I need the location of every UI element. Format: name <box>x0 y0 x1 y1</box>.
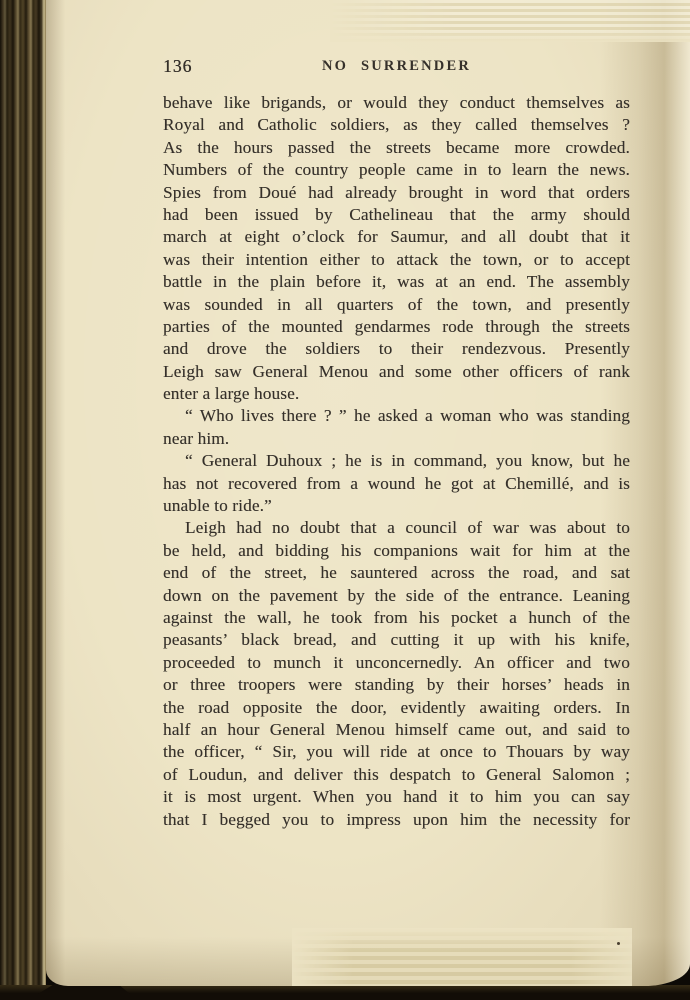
book-binding-edge <box>0 0 46 1000</box>
text-line: was their intention either to attack the… <box>163 249 630 271</box>
text-line: Royal and Catholic soldiers, as they cal… <box>163 114 630 136</box>
page-edges-bottom <box>292 928 632 986</box>
book-page: 136 NO SURRENDER behave like brigands, o… <box>46 0 690 986</box>
book-scan: 136 NO SURRENDER behave like brigands, o… <box>0 0 690 1000</box>
text-line: was sounded in all quarters of the town,… <box>163 294 630 316</box>
text-line: the officer, “ Sir, you will ride at onc… <box>163 741 630 763</box>
text-block: behave like brigands, or would they cond… <box>163 92 630 831</box>
text-line: against the wall, he took from his pocke… <box>163 607 630 629</box>
text-line: down on the pavement by the side of the … <box>163 585 630 607</box>
text-line: march at eight o’clock for Saumur, and a… <box>163 226 630 248</box>
text-line: As the hours passed the streets became m… <box>163 137 630 159</box>
text-line: Spies from Doué had already brought in w… <box>163 182 630 204</box>
text-line: it is most urgent. When you hand it to h… <box>163 786 630 808</box>
text-line: proceeded to munch it unconcernedly. An … <box>163 652 630 674</box>
text-line: end of the street, he sauntered across t… <box>163 562 630 584</box>
page-edges-top <box>330 0 690 42</box>
text-line: Leigh had no doubt that a council of war… <box>163 517 630 539</box>
paper-speck <box>617 942 620 945</box>
text-line: near him. <box>163 428 630 450</box>
text-line: parties of the mounted gendarmes rode th… <box>163 316 630 338</box>
running-header: NO SURRENDER <box>163 58 630 75</box>
text-line: “ General Duhoux ; he is in command, you… <box>163 450 630 472</box>
text-line: that I begged you to impress upon him th… <box>163 809 630 831</box>
text-line: “ Who lives there ? ” he asked a woman w… <box>163 405 630 427</box>
page-header: 136 NO SURRENDER <box>163 56 630 80</box>
text-line: had been issued by Cathelineau that the … <box>163 204 630 226</box>
text-line: unable to ride.” <box>163 495 630 517</box>
text-line: half an hour General Menou himself came … <box>163 719 630 741</box>
text-line: Leigh saw General Menou and some other o… <box>163 361 630 383</box>
text-line: Numbers of the country people came in to… <box>163 159 630 181</box>
text-line: and drove the soldiers to their rendezvo… <box>163 338 630 360</box>
text-line: has not recovered from a wound he got at… <box>163 473 630 495</box>
text-line: behave like brigands, or would they cond… <box>163 92 630 114</box>
text-line: peasants’ black bread, and cutting it up… <box>163 629 630 651</box>
text-line: of Loudun, and deliver this despatch to … <box>163 764 630 786</box>
text-line: or three troopers were standing by their… <box>163 674 630 696</box>
text-line: the road opposite the door, evidently aw… <box>163 697 630 719</box>
text-line: battle in the plain before it, was at an… <box>163 271 630 293</box>
text-line: be held, and bidding his companions wait… <box>163 540 630 562</box>
text-line: enter a large house. <box>163 383 630 405</box>
